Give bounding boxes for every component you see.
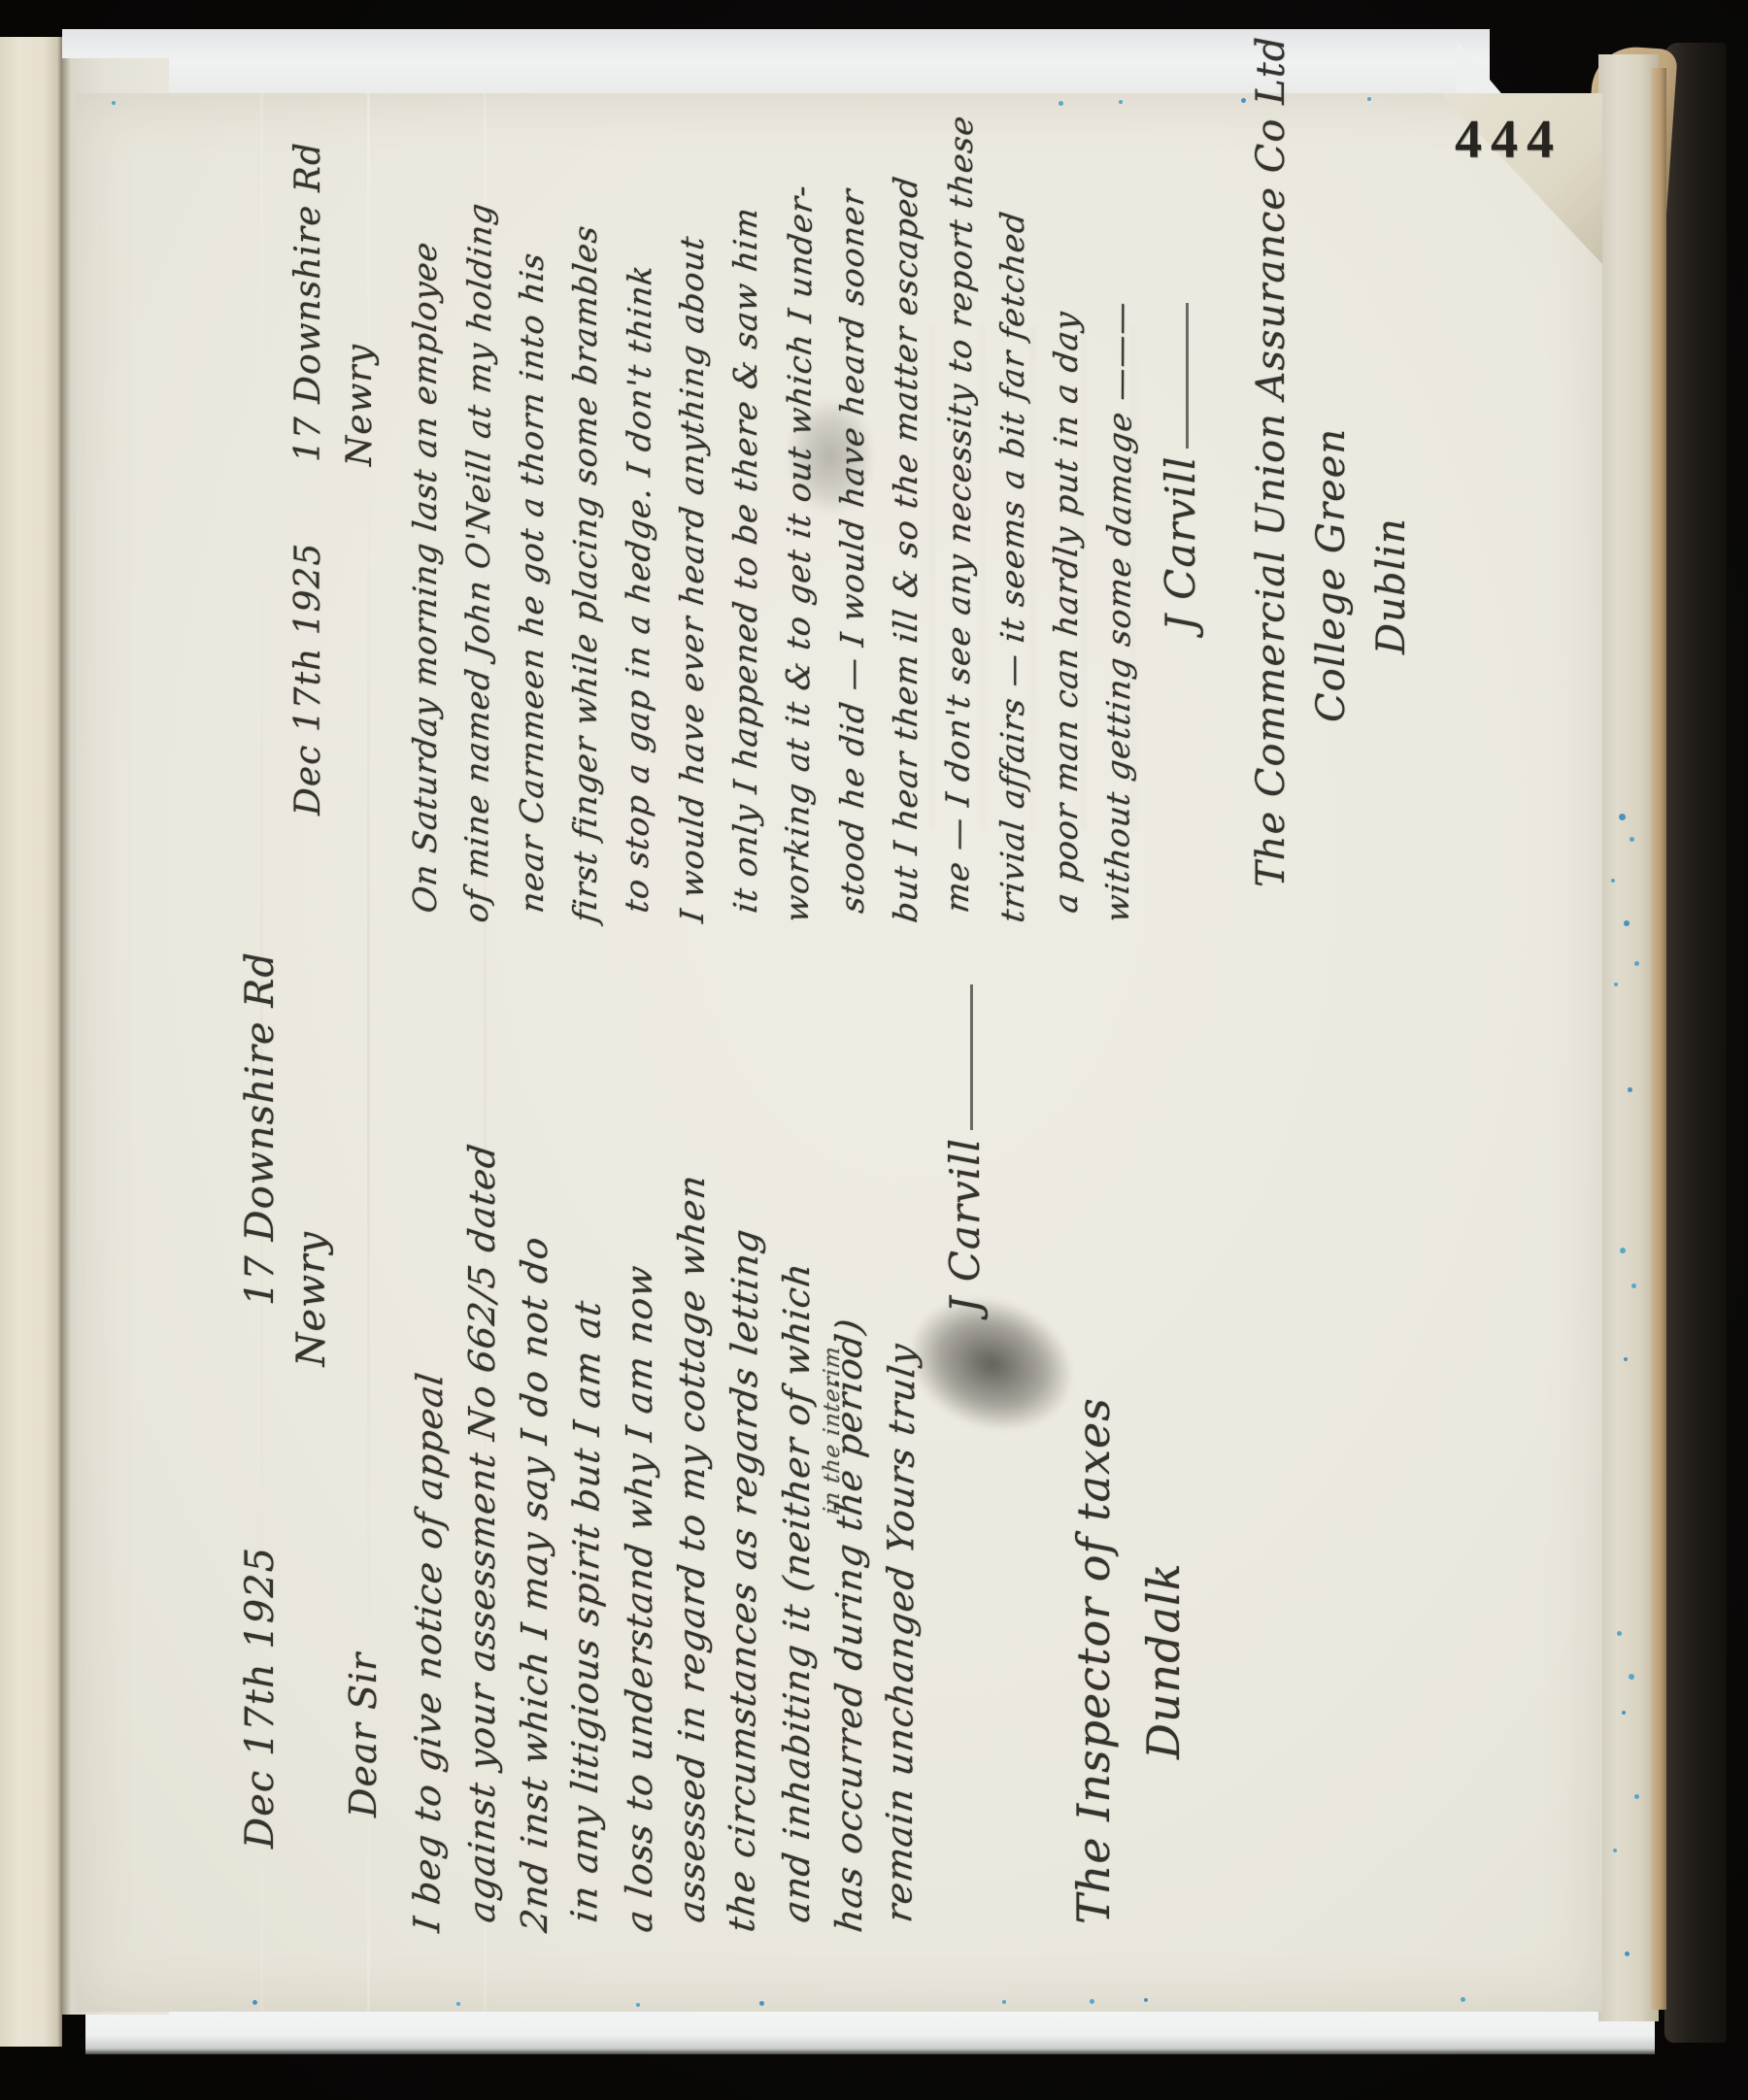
book-cover-edge — [1664, 43, 1727, 2043]
handwritten-line: it only I happened to be there & saw him — [719, 133, 772, 917]
addressee-line: The Commercial Union Assurance Co Ltd — [1241, 136, 1301, 887]
handwritten-line: I beg to give notice of appeal — [401, 919, 458, 1935]
blue-speck — [1119, 100, 1123, 104]
blue-speck — [1059, 101, 1063, 106]
blue-speck — [1614, 983, 1618, 986]
blue-speck — [1617, 1631, 1622, 1636]
letter1-date: Dec 17th 1925 — [282, 543, 336, 816]
addressee-line: The Inspector of taxes — [1059, 922, 1128, 1924]
blue-speck — [1624, 1357, 1628, 1361]
blue-speck — [1241, 98, 1246, 103]
blue-speck — [1611, 879, 1615, 883]
photo-scene: 444 Dec 17th 1925 17 Downshire Rd Newry … — [0, 0, 1748, 2100]
blue-speck — [1629, 1674, 1634, 1680]
blue-speck — [1625, 1951, 1630, 1956]
letter2-salutation: Dear Sir — [336, 922, 390, 1932]
blue-speck — [1367, 97, 1371, 101]
leaf-edge-strip — [1651, 68, 1666, 2010]
handwritten-line: and inhabiting it (neither of which — [771, 919, 824, 1926]
handwritten-line: a poor man can hardly put in a day — [1039, 133, 1092, 917]
handwritten-line: I would have ever heard anything about — [665, 133, 719, 926]
blue-speck — [1620, 1248, 1626, 1253]
handwritten-line: has occurred during the period) — [824, 919, 876, 1936]
letter2-address-line2: Newry — [289, 1231, 334, 1367]
handwritten-line: against your assessment No 662/5 dated — [456, 919, 509, 1926]
handwritten-line: remain unchanged Yours truly — [873, 919, 930, 1925]
addressee-line: Dundalk — [1128, 922, 1198, 1924]
addressee-line: College Green — [1301, 136, 1361, 887]
letter1-address-line2: Newry — [340, 344, 380, 466]
blue-speck — [759, 2001, 764, 2006]
blue-speck — [1634, 1794, 1639, 1799]
letter2-signature: J Carvill — [934, 984, 996, 1932]
handwritten-line: near Carnmeen he got a thorn into his — [505, 133, 558, 917]
handwritten-line: of mine named John O'Neill at my holding — [450, 133, 507, 926]
handwritten-line: first finger while placing some brambles — [558, 133, 612, 926]
handwritten-line: to stop a gap in a hedge. I don't think — [610, 133, 667, 917]
blue-speck — [1634, 961, 1639, 966]
handwritten-line: working at it & to get it out which I un… — [770, 133, 827, 926]
letter2-address-line1: 17 Downshire Rd — [233, 951, 287, 1306]
handwritten-line: trivial affairs — it seems a bit far fet… — [986, 133, 1039, 926]
addressee-line: Dublin — [1361, 136, 1422, 887]
letter-1: Dec 17th 1925 17 Downshire Rd Newry On S… — [282, 136, 1437, 922]
handwritten-line: me — I don't see any necessity to report… — [930, 133, 988, 917]
handwritten-line: assessed in regard to my cottage when — [666, 919, 719, 1926]
blue-speck — [1090, 1999, 1094, 2004]
handwritten-line: 2nd inst which I may say I do not do — [509, 919, 561, 1936]
blue-speck — [1144, 1998, 1148, 2002]
under-sheet-bottom-edge — [85, 2006, 1655, 2054]
letter1-address-line1: 17 Downshire Rd — [282, 142, 336, 462]
letter1-body: On Saturday morning last an employeeof m… — [398, 136, 1146, 922]
blue-speck — [1630, 837, 1634, 842]
left-page-edges — [0, 37, 62, 2047]
blue-speck — [1631, 1283, 1636, 1288]
letter2-body: in the interim I beg to give notice of a… — [404, 922, 928, 1932]
letter-2: Dec 17th 1925 17 Downshire Rd Newry Dear… — [233, 922, 1418, 1932]
blue-speck — [252, 2000, 257, 2005]
blue-speck — [1622, 1711, 1626, 1715]
blue-speck — [1624, 920, 1630, 926]
blue-speck — [112, 101, 116, 105]
blue-speck — [1002, 2000, 1006, 2004]
blue-speck — [636, 2003, 640, 2007]
blue-speck — [1619, 814, 1626, 820]
letter2-addressee: The Inspector of taxes Dundalk — [1059, 922, 1198, 1924]
handwritten-line: without getting some damage ——— — [1091, 133, 1148, 926]
letter1-signature: J Carvill — [1150, 136, 1212, 631]
fore-edge-pages — [1598, 54, 1659, 2021]
blue-speck — [456, 2002, 460, 2006]
page-number: 444 — [1455, 109, 1563, 171]
handwritten-line: stood he did — I would have heard sooner — [825, 133, 879, 917]
handwritten-line: the circumstances as regards letting — [716, 919, 773, 1935]
handwritten-line: but I hear them ill & so the matter esca… — [879, 133, 932, 926]
handwritten-line: in any litigious spirit but I am at — [558, 919, 616, 1925]
handwritten-line: On Saturday morning last an employee — [398, 133, 452, 917]
blue-speck — [1628, 1087, 1632, 1092]
handwritten-line: a loss to understand why I am now — [614, 919, 666, 1936]
blue-speck — [1613, 1849, 1617, 1852]
letter1-addressee: The Commercial Union Assurance Co Ltd Co… — [1241, 136, 1422, 887]
blue-speck — [1461, 1997, 1465, 2002]
letter2-date: Dec 17th 1925 — [233, 1547, 287, 1849]
